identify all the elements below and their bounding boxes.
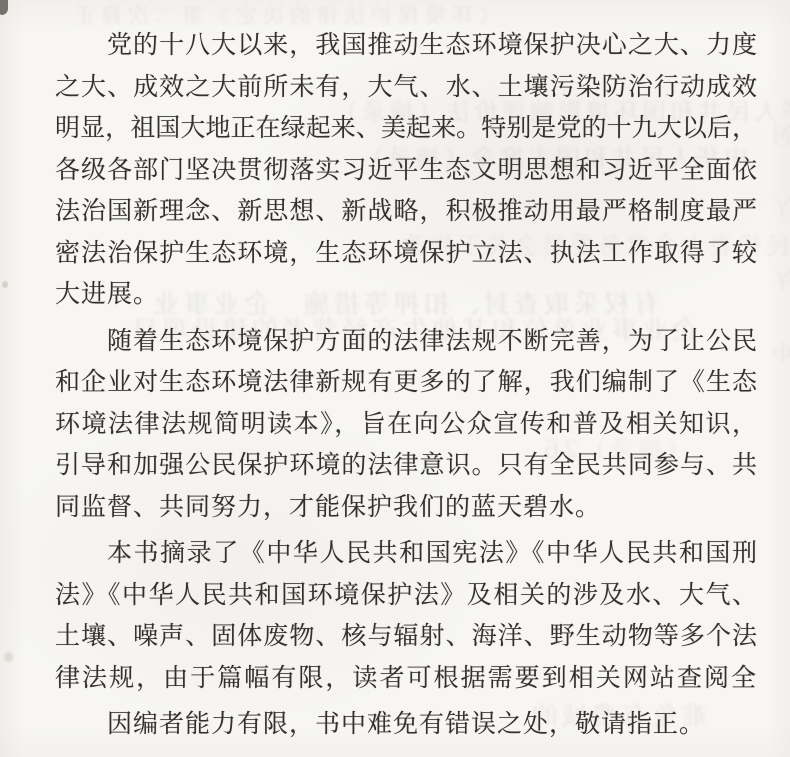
text-line: 环境法律法规简明读本》，旨在向公众宣传和普及相关知识， xyxy=(55,403,757,445)
ink-smudge-mark xyxy=(0,0,8,15)
text-line: 因编者能力有限，书中难免有错误之处，敬请指正。 xyxy=(55,703,757,745)
bleed-through-text: 中 大 人 民 xyxy=(765,110,790,362)
paragraph: 党的十八大以来，我国推动生态环境保护决心之大、力度之大、成效之大前所未有，大气、… xyxy=(55,24,757,315)
text-line: 党的十八大以来，我国推动生态环境保护决心之大、力度 xyxy=(55,24,757,66)
text-line: 同监督、共同努力，才能保护我们的蓝天碧水。 xyxy=(55,486,757,528)
text-line: 法》《中华人民共和国环境保护法》及相关的涉及水、大气、 xyxy=(55,574,757,616)
text-line: 法治国新理念、新思想、新战略，积极推动用最严格制度最严 xyxy=(55,190,757,232)
text-line: 和企业对生态环境法律新规有更多的了解，我们编制了《生态 xyxy=(55,361,757,403)
paragraph: 随着生态环境保护方面的法律法规不断完善，为了让公民和企业对生态环境法律新规有更多… xyxy=(55,320,757,528)
text-line: 明显，祖国大地正在绿起来、美起来。特别是党的十九大以后， xyxy=(55,107,757,149)
text-line: 各级各部门坚决贯彻落实习近平生态文明思想和习近平全面依 xyxy=(55,149,757,191)
text-line: 引导和加强公民保护环境的法律意识。只有全民共同参与、共 xyxy=(55,444,757,486)
text-line: 本书摘录了《中华人民共和国宪法》《中华人民共和国刑 xyxy=(55,532,757,574)
text-line: 之大、成效之大前所未有，大气、水、土壤污染防治行动成效 xyxy=(55,66,757,108)
scan-edge-smudge xyxy=(4,652,13,662)
text-line: 律法规，由于篇幅有限，读者可根据需要到相关网站查阅全文。 xyxy=(55,657,757,699)
text-line: 密法治保护生态环境，生态环境保护立法、执法工作取得了较 xyxy=(55,232,757,274)
paragraph: 因编者能力有限，书中难免有错误之处，敬请指正。 xyxy=(55,703,757,745)
paragraph: 本书摘录了《中华人民共和国宪法》《中华人民共和国刑法》《中华人民共和国环境保护法… xyxy=(55,532,757,698)
scan-edge-smudge xyxy=(2,281,8,288)
text-layer: 党的十八大以来，我国推动生态环境保护决心之大、力度之大、成效之大前所未有，大气、… xyxy=(55,24,757,750)
scanned-document-page: 《环境保护法律的决定》第二次修正 中华人民共和国环境影响评价法（摘录） 中华人民… xyxy=(0,0,790,757)
text-line: 大进展。 xyxy=(55,273,757,315)
text-line: 土壤、噪声、固体废物、核与辐射、海洋、野生动物等多个法 xyxy=(55,615,757,657)
text-line: 随着生态环境保护方面的法律法规不断完善，为了让公民 xyxy=(55,320,757,362)
